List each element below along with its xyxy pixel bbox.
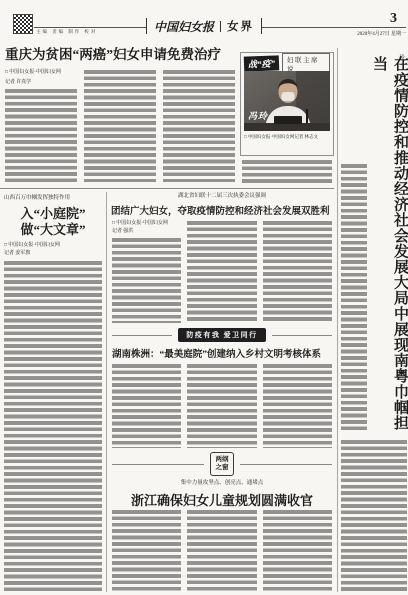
- hubei-byline-reporter: 记者 强洪: [112, 229, 181, 236]
- masthead-separator: [220, 21, 221, 32]
- hubei-byline-source: □ 中国妇女报·中国妇女网: [112, 221, 181, 228]
- zhanyi-badge: 战“疫” 妇联主席说: [244, 56, 330, 71]
- divider: [112, 464, 204, 465]
- page-number: 3: [390, 11, 397, 27]
- body-text-placeholder: [163, 70, 235, 182]
- section-divider: [0, 188, 334, 189]
- column-rule: [106, 192, 107, 592]
- campaign-banner-label: 防疫有我 爱卫同行: [178, 328, 265, 342]
- body-text-placeholder: [187, 364, 256, 448]
- shanxi-byline-source: □ 中国妇女报·中国妇女网: [4, 243, 102, 250]
- zhuzhou-headline: 湖南株洲：“最美庭院”创建纳入乡村文明考核体系: [112, 346, 321, 360]
- shanxi-title-line1: 入“小庭院”: [4, 206, 102, 222]
- shanxi-byline: □ 中国妇女报·中国妇女网 记者 姜军旗: [4, 243, 102, 260]
- photo-signature: 冯玲: [248, 109, 268, 122]
- photo-caption: □ 中国妇女报·中国妇女网记者 林志文: [244, 134, 330, 141]
- shanxi-title-line2: 做“大文章”: [4, 222, 102, 238]
- hubei-column-1: □ 中国妇女报·中国妇女网 记者 强洪: [112, 221, 181, 323]
- liangang-badge-line2: 之窗: [216, 464, 229, 472]
- liangang-badge-line1: 两纲: [216, 456, 229, 464]
- body-text-placeholder: [5, 89, 77, 182]
- column-rule: [337, 48, 338, 592]
- body-text-placeholder: [242, 160, 332, 184]
- lead-column-3: [163, 70, 235, 182]
- zhejiang-headline: 浙江确保妇女儿童规划圆满收官: [112, 490, 332, 509]
- liangang-badge: 两纲 之窗: [210, 452, 234, 476]
- fengling-photo: 冯玲: [244, 71, 330, 131]
- lead-column-2: [84, 70, 156, 182]
- divider: [240, 464, 332, 465]
- hubei-column-3: [263, 221, 332, 323]
- zhejiang-column-1: [112, 510, 181, 592]
- body-text-placeholder: [263, 364, 332, 448]
- body-text-placeholder: [187, 510, 256, 592]
- lead-byline-source: □ 中国妇女报·中国妇女网: [5, 70, 77, 77]
- body-text-placeholder: [4, 261, 102, 591]
- body-text-placeholder: [84, 70, 156, 182]
- zhuzhou-column-1: [112, 364, 181, 448]
- lead-column-1: □ 中国妇女报·中国妇女网 记者 许真学: [5, 70, 77, 182]
- body-text-placeholder: [112, 510, 181, 592]
- campaign-banner: 防疫有我 爱卫同行: [112, 328, 332, 342]
- shanxi-title: 入“小庭院” 做“大文章”: [4, 206, 102, 238]
- lead-byline-reporter: 记者 许真学: [5, 80, 77, 87]
- liangang-banner: 两纲 之窗: [112, 452, 332, 476]
- portrait-illustration: [244, 71, 330, 131]
- divider: [112, 335, 172, 336]
- zhanyi-logo-icon: 战“疫”: [244, 55, 280, 71]
- qr-code-icon: [13, 14, 33, 34]
- zhejiang-column-2: [187, 510, 256, 592]
- lead-body: □ 中国妇女报·中国妇女网 记者 许真学: [5, 70, 235, 182]
- shanxi-byline-reporter: 记者 姜军旗: [4, 251, 102, 258]
- body-text-placeholder: [263, 221, 332, 323]
- hubei-column-2: [187, 221, 256, 323]
- zhuzhou-column-3: [263, 364, 332, 448]
- page-date: 2020年4月27日 星期一: [316, 30, 406, 37]
- body-text-placeholder: [341, 164, 367, 432]
- zhejiang-kicker: 集中力量攻坚点、创亮点、通堵点: [112, 480, 332, 487]
- masthead-section: 女界: [227, 18, 254, 34]
- zhuzhou-body: [112, 364, 332, 448]
- zhejiang-column-3: [263, 510, 332, 592]
- hubei-body: □ 中国妇女报·中国妇女网 记者 强洪: [112, 221, 332, 323]
- body-text-placeholder: [341, 440, 407, 592]
- lead-headline: 重庆为贫困“两癌”妇女申请免费治疗: [5, 43, 221, 63]
- masthead: 中国妇女报 女界: [146, 18, 262, 34]
- hubei-kicker: 湖北省妇联十二届三次执委会议强调: [112, 193, 332, 200]
- hubei-headline: 团结广大妇女，夺取疫情防控和经济社会发展双胜利: [111, 203, 330, 217]
- zhejiang-body: [112, 510, 332, 592]
- divider: [272, 335, 332, 336]
- masthead-title: 中国妇女报: [154, 18, 214, 35]
- body-text-placeholder: [112, 238, 181, 323]
- zhuzhou-column-2: [187, 364, 256, 448]
- body-text-placeholder: [112, 364, 181, 448]
- guangdong-photo-box: 战“疫” 妇联主席说 冯玲 □ 中国妇女报: [240, 52, 334, 156]
- guangdong-vertical-headline: 在疫情防控和推动经济社会发展大局中展现南粤巾帼担当: [369, 56, 408, 436]
- body-text-placeholder: [263, 510, 332, 592]
- body-text-placeholder: [187, 221, 256, 323]
- editor-credits: 主编 责编 制作 校对: [36, 29, 156, 35]
- shanxi-kicker: 山西百万巾帼发挥独特作用: [4, 195, 102, 202]
- newspaper-page: 主编 责编 制作 校对 中国妇女报 女界 3 2020年4月27日 星期一 重庆…: [0, 0, 408, 595]
